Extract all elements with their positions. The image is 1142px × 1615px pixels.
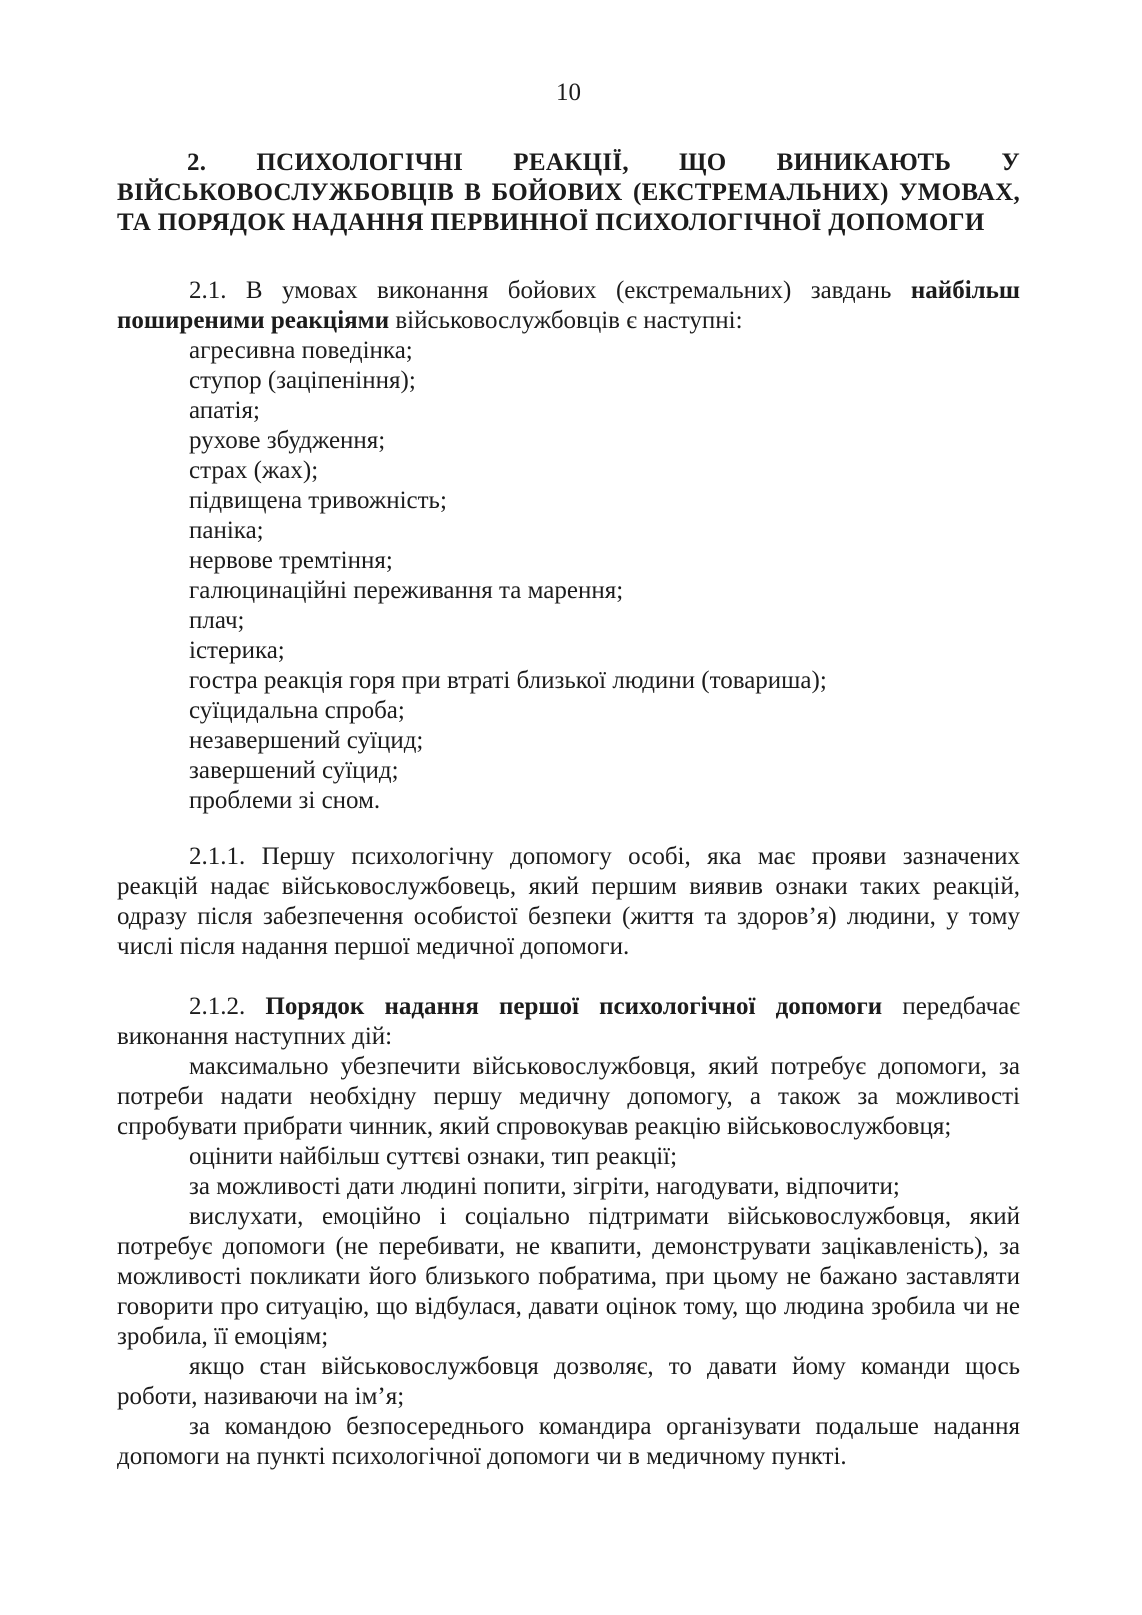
step-item: за командою безпосереднього командира ор… xyxy=(117,1412,1020,1472)
reaction-item: страх (жах); xyxy=(117,456,1020,486)
document-page: 10 2. ПСИХОЛОГІЧНІ РЕАКЦІЇ, ЩО ВИНИКАЮТЬ… xyxy=(0,0,1142,1615)
steps-list: максимально убезпечити військовослужбовц… xyxy=(117,1052,1020,1472)
reaction-item: ступор (заціпеніння); xyxy=(117,366,1020,396)
reaction-item: апатія; xyxy=(117,396,1020,426)
step-item: за можливості дати людині попити, зігріт… xyxy=(117,1172,1020,1202)
paragraph-2-1-1: 2.1.1. Першу психологічну допомогу особі… xyxy=(117,842,1020,962)
reaction-item: рухове збудження; xyxy=(117,426,1020,456)
paragraph-2-1-2-bold-phrase: Порядок надання першої психологічної доп… xyxy=(265,993,882,1020)
reaction-item: підвищена тривожність; xyxy=(117,486,1020,516)
reaction-item: плач; xyxy=(117,606,1020,636)
section-heading: 2. ПСИХОЛОГІЧНІ РЕАКЦІЇ, ЩО ВИНИКАЮТЬ У … xyxy=(117,148,1020,238)
step-item: якщо стан військовослужбовця дозволяє, т… xyxy=(117,1352,1020,1412)
paragraph-2-1: 2.1. В умовах виконання бойових (екстрем… xyxy=(117,276,1020,336)
page-number: 10 xyxy=(117,78,1020,108)
paragraph-2-1-2-text-pre: 2.1.2. xyxy=(189,993,265,1020)
reaction-item: гостра реакція горя при втраті близької … xyxy=(117,666,1020,696)
paragraph-2-1-2: 2.1.2. Порядок надання першої психологіч… xyxy=(117,992,1020,1052)
paragraph-2-1-text-post: військовослужбовців є наступні: xyxy=(389,307,742,334)
paragraph-2-1-text-pre: 2.1. В умовах виконання бойових (екстрем… xyxy=(189,277,911,304)
reaction-item: паніка; xyxy=(117,516,1020,546)
reaction-item: галюцинаційні переживання та марення; xyxy=(117,576,1020,606)
reaction-item: істерика; xyxy=(117,636,1020,666)
step-item: вислухати, емоційно і соціально підтрима… xyxy=(117,1202,1020,1352)
step-item: оцінити найбільш суттєві ознаки, тип реа… xyxy=(117,1142,1020,1172)
step-item: максимально убезпечити військовослужбовц… xyxy=(117,1052,1020,1142)
reaction-item: нервове тремтіння; xyxy=(117,546,1020,576)
reaction-item: незавершений суїцид; xyxy=(117,726,1020,756)
reaction-item: агресивна поведінка; xyxy=(117,336,1020,366)
reaction-item: завершений суїцид; xyxy=(117,756,1020,786)
reaction-item: суїцидальна спроба; xyxy=(117,696,1020,726)
reactions-list: агресивна поведінка; ступор (заціпеніння… xyxy=(117,336,1020,816)
reaction-item: проблеми зі сном. xyxy=(117,786,1020,816)
